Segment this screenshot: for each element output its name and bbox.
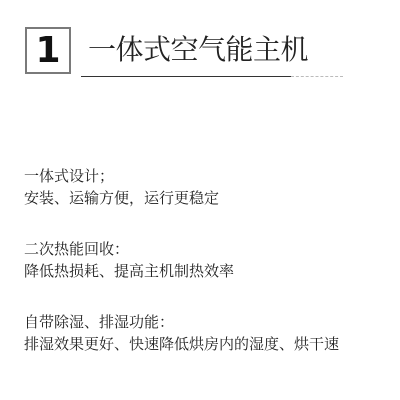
- title-underline: [81, 76, 291, 77]
- feature-heading: 二次热能回收：: [24, 238, 234, 260]
- feature-heading: 一体式设计；: [24, 165, 219, 187]
- title-underline-dashed: [291, 76, 343, 77]
- feature-block: 一体式设计； 安装、运输方便，运行更稳定: [24, 165, 219, 209]
- feature-block: 二次热能回收： 降低热损耗、提高主机制热效率: [24, 238, 234, 282]
- feature-description: 降低热损耗、提高主机制热效率: [24, 260, 234, 282]
- feature-description: 排湿效果更好、快速降低烘房内的湿度、烘干速: [24, 333, 339, 355]
- feature-block: 自带除湿、排湿功能： 排湿效果更好、快速降低烘房内的湿度、烘干速: [24, 311, 339, 355]
- section-number-box: 1: [25, 27, 71, 74]
- section-number: 1: [35, 33, 60, 69]
- feature-heading: 自带除湿、排湿功能：: [24, 311, 339, 333]
- page-title: 一体式空气能主机: [88, 33, 308, 67]
- feature-description: 安装、运输方便，运行更稳定: [24, 187, 219, 209]
